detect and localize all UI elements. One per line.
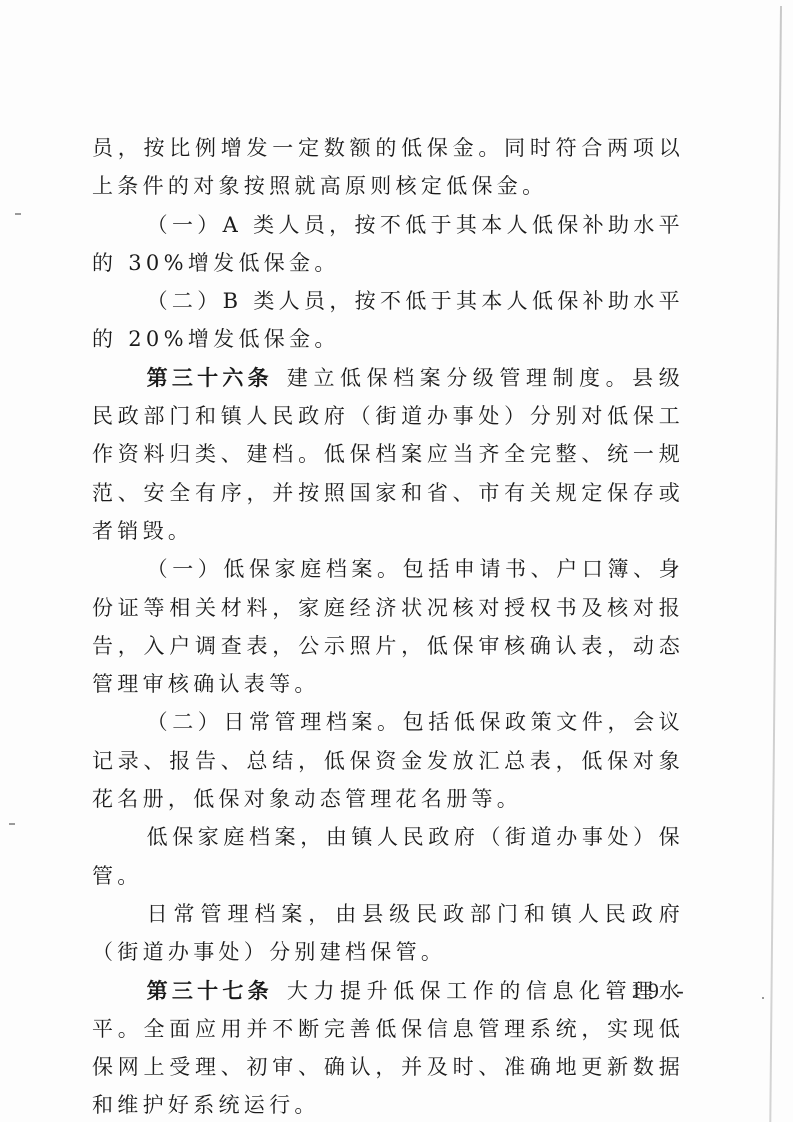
article-36: 第三十六条建立低保档案分级管理制度。县级民政部门和镇人民政府（街道办事处）分别对… (92, 359, 684, 550)
paragraph-text: 日常管理档案，由县级民政部门和镇人民政府（街道办事处）分别建档保管。 (92, 902, 684, 964)
document-page: 员，按比例增发一定数额的低保金。同时符合两项以上条件的对象按照就高原则核定低保金… (0, 0, 793, 1122)
paragraph-item-a: （一）A 类人员，按不低于其本人低保补助水平的 30%增发低保金。 (92, 206, 684, 283)
paragraph-daily-archive: （二）日常管理档案。包括低保政策文件，会议记录、报告、总结，低保资金发放汇总表，… (92, 703, 684, 818)
paragraph-text: （二）B 类人员，按不低于其本人低保补助水平的 20%增发低保金。 (92, 289, 684, 351)
paragraph-item-b: （二）B 类人员，按不低于其本人低保补助水平的 20%增发低保金。 (92, 282, 684, 359)
document-body: 员，按比例增发一定数额的低保金。同时符合两项以上条件的对象按照就高原则核定低保金… (92, 129, 684, 1122)
paragraph-daily-custody: 日常管理档案，由县级民政部门和镇人民政府（街道办事处）分别建档保管。 (92, 895, 684, 972)
scan-speck (762, 997, 764, 999)
article-37: 第三十七条大力提升低保工作的信息化管理水平。全面应用并不断完善低保信息管理系统，… (92, 972, 684, 1122)
margin-mark (15, 213, 21, 215)
article-heading: 第三十七条 (147, 979, 273, 1003)
paragraph-text: 建立低保档案分级管理制度。县级民政部门和镇人民政府（街道办事处）分别对低保工作资… (92, 366, 684, 543)
paragraph-family-archive: （一）低保家庭档案。包括申请书、户口簿、身份证等相关材料，家庭经济状况核对授权书… (92, 550, 684, 703)
scan-edge-line (769, 6, 782, 1122)
paragraph-text: （一）低保家庭档案。包括申请书、户口簿、身份证等相关材料，家庭经济状况核对授权书… (92, 557, 684, 696)
article-heading: 第三十六条 (147, 366, 273, 390)
paragraph-text: （二）日常管理档案。包括低保政策文件，会议记录、报告、总结，低保资金发放汇总表，… (92, 710, 684, 811)
margin-mark (9, 823, 15, 825)
paragraph-text: 员，按比例增发一定数额的低保金。同时符合两项以上条件的对象按照就高原则核定低保金… (92, 136, 684, 198)
paragraph-text: 低保家庭档案，由镇人民政府（街道办事处）保管。 (92, 825, 684, 887)
paragraph-family-custody: 低保家庭档案，由镇人民政府（街道办事处）保管。 (92, 818, 684, 895)
paragraph-continuation: 员，按比例增发一定数额的低保金。同时符合两项以上条件的对象按照就高原则核定低保金… (92, 129, 684, 206)
page-number: - 19 - (606, 978, 690, 1004)
paragraph-text: （一）A 类人员，按不低于其本人低保补助水平的 30%增发低保金。 (92, 213, 684, 275)
